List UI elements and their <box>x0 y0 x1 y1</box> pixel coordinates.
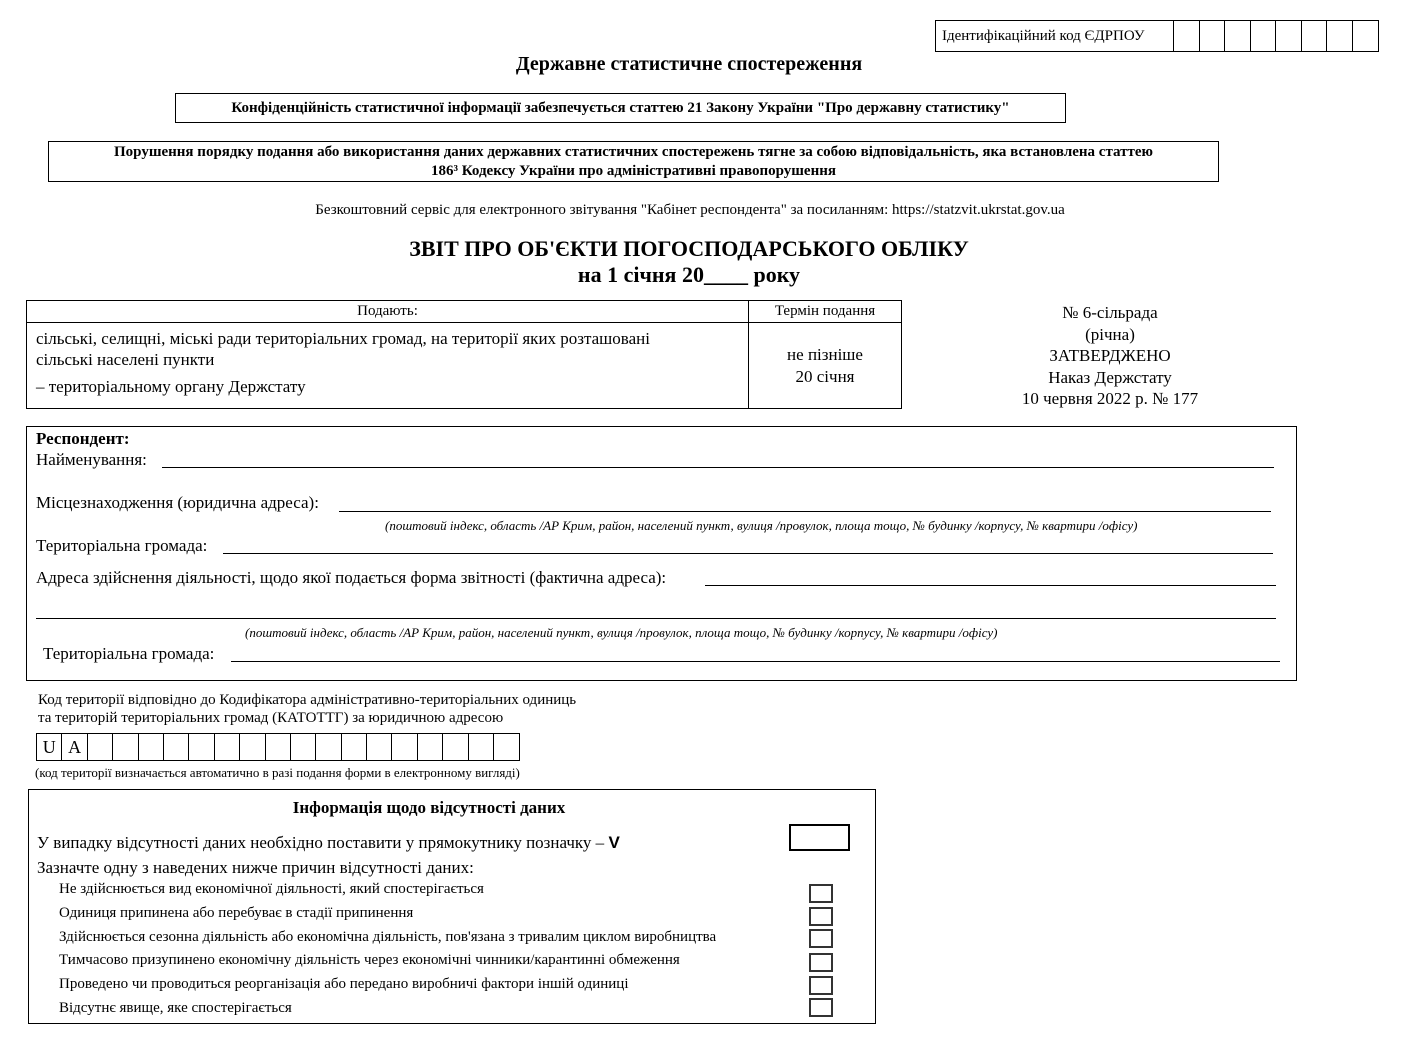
deadline-line: не пізніше <box>749 344 901 366</box>
violation-notice: Порушення порядку подання або використан… <box>48 141 1219 182</box>
reason-prompt: Зазначте одну з наведених нижче причин в… <box>37 858 474 878</box>
katottg-cell[interactable] <box>494 734 519 760</box>
edrpou-code-field: Ідентифікаційний код ЄДРПОУ <box>935 20 1379 52</box>
actual-community-field[interactable] <box>231 661 1280 662</box>
edrpou-digit-cell[interactable] <box>1353 21 1379 51</box>
katottg-cell[interactable] <box>469 734 494 760</box>
check-mark-symbol: V <box>608 833 619 852</box>
report-title-date: на 1 січня 20____ року <box>0 262 1378 288</box>
edrpou-digit-cell[interactable] <box>1200 21 1226 51</box>
submitters-recipient: – територіальному органу Держстату <box>36 376 748 397</box>
submitters-table: Подають: Термін подання сільські, селищн… <box>26 300 902 409</box>
violation-notice-line1: Порушення порядку подання або використан… <box>49 143 1218 162</box>
katottg-code-field: U A <box>36 733 520 761</box>
katottg-cell[interactable] <box>418 734 443 760</box>
form-period: (річна) <box>1000 324 1220 346</box>
katottg-cell[interactable] <box>113 734 138 760</box>
actual-address-field-line2[interactable] <box>36 618 1276 619</box>
edrpou-digit-cell[interactable] <box>1276 21 1302 51</box>
katottg-cell[interactable] <box>189 734 214 760</box>
form-approved: ЗАТВЕРДЖЕНО <box>1000 345 1220 367</box>
community-label: Територіальна громада: <box>36 536 207 556</box>
edrpou-digit-cell[interactable] <box>1327 21 1353 51</box>
reason-label: Одиниця припинена або перебуває в стадії… <box>59 905 413 922</box>
name-field[interactable] <box>162 467 1274 468</box>
respondent-section: Респондент: Найменування: Місцезнаходжен… <box>26 426 1297 681</box>
legal-address-hint: (поштовий індекс, область /АР Крим, райо… <box>385 518 1138 534</box>
submitters-line: сільські, селищні, міські ради територіа… <box>36 328 748 349</box>
survey-heading: Державне статистичне спостереження <box>0 53 1378 76</box>
form-number: № 6-сільрада <box>1000 302 1220 324</box>
katottg-label-line1: Код території відповідно до Кодифікатора… <box>38 691 576 709</box>
deadline-line: 20 січня <box>749 366 901 388</box>
submitters-line: сільські населені пункти <box>36 349 748 370</box>
reason-checkbox[interactable] <box>809 953 833 972</box>
katottg-cell[interactable] <box>367 734 392 760</box>
reason-label: Тимчасово призупинено економічну діяльні… <box>59 952 680 969</box>
data-absence-checkbox[interactable] <box>789 824 850 851</box>
edrpou-digit-cell[interactable] <box>1174 21 1200 51</box>
name-label: Найменування: <box>36 450 147 470</box>
report-title: ЗВІТ ПРО ОБ'ЄКТИ ПОГОСПОДАРСЬКОГО ОБЛІКУ… <box>0 236 1378 288</box>
reason-label: Не здійснюється вид економічної діяльнос… <box>59 881 484 898</box>
reason-checkbox[interactable] <box>809 976 833 995</box>
reason-label: Проведено чи проводиться реорганізація а… <box>59 976 628 993</box>
actual-address-hint: (поштовий індекс, область /АР Крим, райо… <box>245 625 998 641</box>
report-title-main: ЗВІТ ПРО ОБ'ЄКТИ ПОГОСПОДАРСЬКОГО ОБЛІКУ <box>0 236 1378 262</box>
katottg-cell[interactable] <box>342 734 367 760</box>
reason-checkbox[interactable] <box>809 929 833 948</box>
deadline-cell: не пізніше 20 січня <box>749 323 901 408</box>
reason-checkbox[interactable] <box>809 884 833 903</box>
form-order-date: 10 червня 2022 р. № 177 <box>1000 388 1220 410</box>
reason-checkbox[interactable] <box>809 907 833 926</box>
instruction-text: У випадку відсутності даних необхідно по… <box>37 833 608 852</box>
reason-label: Відсутнє явище, яке спостерігається <box>59 1000 292 1017</box>
respondent-heading: Респондент: <box>36 429 130 449</box>
legal-address-label: Місцезнаходження (юридична адреса): <box>36 493 319 513</box>
katottg-cell[interactable] <box>88 734 113 760</box>
data-absence-section: Інформація щодо відсутності даних У випа… <box>28 789 876 1024</box>
violation-notice-line2: 186³ Кодексу України про адміністративні… <box>49 162 1218 181</box>
service-note: Безкоштовний сервіс для електронного зві… <box>0 202 1380 219</box>
submitters-cell: сільські, селищні, міські ради територіа… <box>27 323 749 408</box>
katottg-cell[interactable] <box>266 734 291 760</box>
katottg-label-line2: та територій територіальних громад (КАТО… <box>38 709 576 727</box>
katottg-cell[interactable] <box>291 734 316 760</box>
katottg-cell[interactable] <box>316 734 341 760</box>
katottg-label: Код території відповідно до Кодифікатора… <box>38 691 576 727</box>
katottg-cell[interactable] <box>164 734 189 760</box>
katottg-cell[interactable] <box>240 734 265 760</box>
katottg-note: (код території визначається автоматично … <box>35 765 520 781</box>
actual-address-label: Адреса здійснення діяльності, щодо якої … <box>36 568 666 588</box>
reason-checkbox[interactable] <box>809 998 833 1017</box>
katottg-cell[interactable] <box>443 734 468 760</box>
data-absence-title: Інформація щодо відсутності даних <box>29 798 829 818</box>
form-order: Наказ Держстату <box>1000 367 1220 389</box>
legal-address-field[interactable] <box>339 511 1271 512</box>
edrpou-digit-cell[interactable] <box>1302 21 1328 51</box>
actual-address-field[interactable] <box>705 585 1276 586</box>
katottg-cell[interactable] <box>215 734 240 760</box>
actual-community-label: Територіальна громада: <box>43 644 214 664</box>
katottg-cell[interactable] <box>139 734 164 760</box>
submitters-header: Подають: <box>27 301 749 323</box>
edrpou-digit-cell[interactable] <box>1225 21 1251 51</box>
edrpou-label: Ідентифікаційний код ЄДРПОУ <box>936 21 1174 51</box>
community-field[interactable] <box>223 553 1273 554</box>
katottg-cell: A <box>62 734 87 760</box>
katottg-cell: U <box>37 734 62 760</box>
edrpou-digit-cell[interactable] <box>1251 21 1277 51</box>
confidentiality-notice: Конфіденційність статистичної інформації… <box>175 93 1066 123</box>
deadline-header: Термін подання <box>749 301 901 323</box>
data-absence-instruction: У випадку відсутності даних необхідно по… <box>37 833 620 853</box>
form-metadata: № 6-сільрада (річна) ЗАТВЕРДЖЕНО Наказ Д… <box>1000 302 1220 410</box>
katottg-cell[interactable] <box>392 734 417 760</box>
reason-label: Здійснюється сезонна діяльність або екон… <box>59 929 716 946</box>
